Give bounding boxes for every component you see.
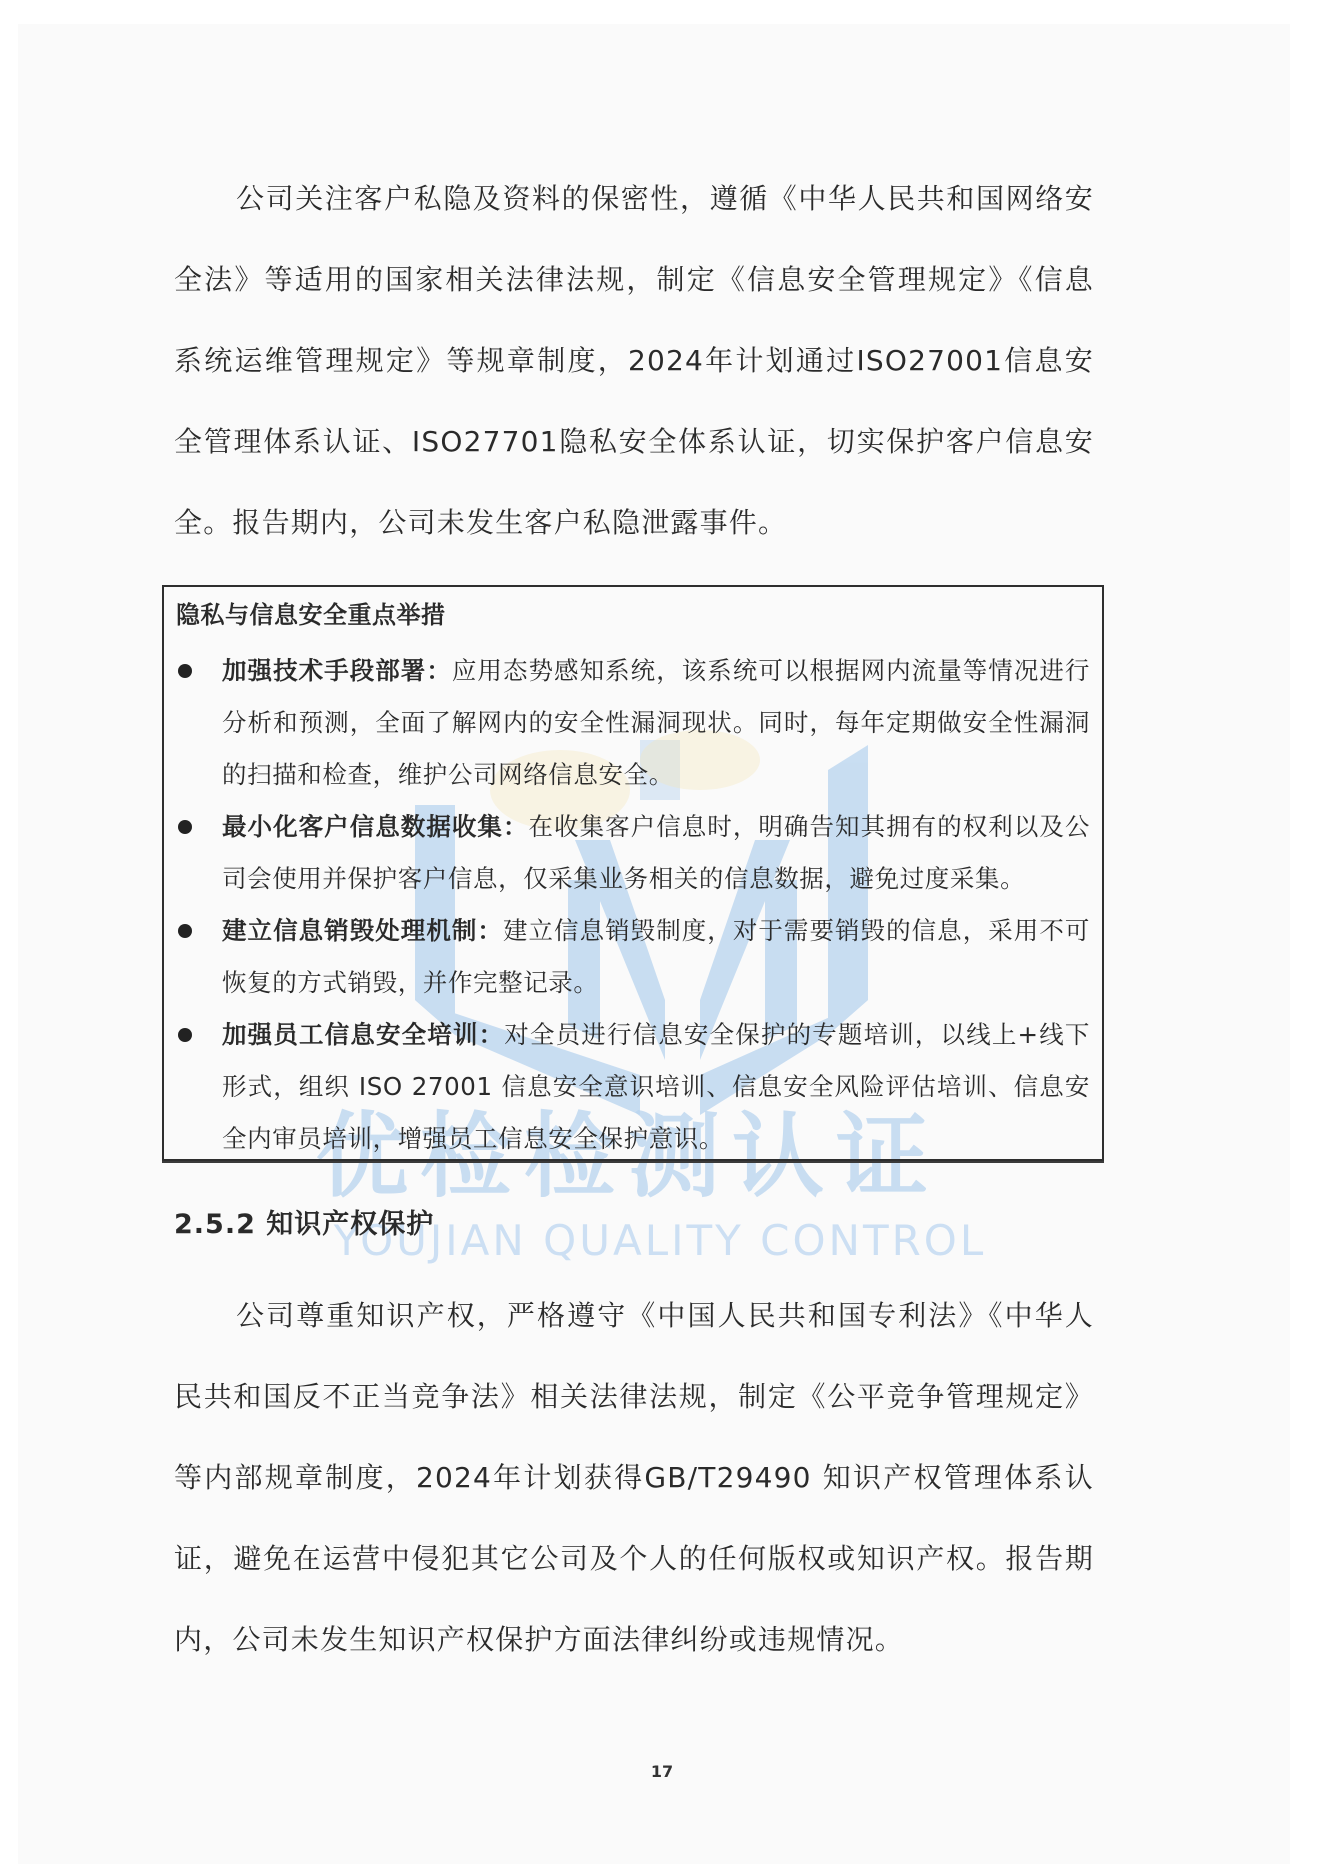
privacy-paragraph: 公司关注客户私隐及资料的保密性，遵循《中华人民共和国网络安全法》等适用的国家相关…	[174, 158, 1094, 563]
item-heading: 加强员工信息安全培训：	[222, 1020, 504, 1049]
list-item: 建立信息销毁处理机制：建立信息销毁制度，对于需要销毁的信息，采用不可恢复的方式销…	[164, 905, 1102, 1009]
document-page: 公司关注客户私隐及资料的保密性，遵循《中华人民共和国网络安全法》等适用的国家相关…	[0, 0, 1324, 1871]
page-number: 17	[0, 1762, 1324, 1781]
bullet-icon	[178, 820, 192, 834]
list-item: 最小化客户信息数据收集：在收集客户信息时，明确告知其拥有的权利以及公司会使用并保…	[164, 801, 1102, 905]
section-heading: 2.5.2 知识产权保护	[174, 1205, 434, 1245]
list-item: 加强技术手段部署：应用态势感知系统，该系统可以根据网内流量等情况进行分析和预测，…	[164, 645, 1102, 801]
ip-protection-paragraph: 公司尊重知识产权，严格遵守《中国人民共和国专利法》《中华人民共和国反不正当竞争法…	[174, 1275, 1094, 1680]
item-heading: 建立信息销毁处理机制：	[222, 916, 503, 945]
item-heading: 最小化客户信息数据收集：	[222, 812, 529, 841]
list-item: 加强员工信息安全培训：对全员进行信息安全保护的专题培训，以线上+线下形式，组织 …	[164, 1009, 1102, 1165]
measures-list: 加强技术手段部署：应用态势感知系统，该系统可以根据网内流量等情况进行分析和预测，…	[164, 645, 1102, 1165]
bullet-icon	[178, 924, 192, 938]
privacy-measures-box: 隐私与信息安全重点举措 加强技术手段部署：应用态势感知系统，该系统可以根据网内流…	[162, 585, 1104, 1161]
bullet-icon	[178, 664, 192, 678]
box-title: 隐私与信息安全重点举措	[176, 595, 446, 635]
bullet-icon	[178, 1028, 192, 1042]
item-heading: 加强技术手段部署：	[222, 656, 452, 685]
